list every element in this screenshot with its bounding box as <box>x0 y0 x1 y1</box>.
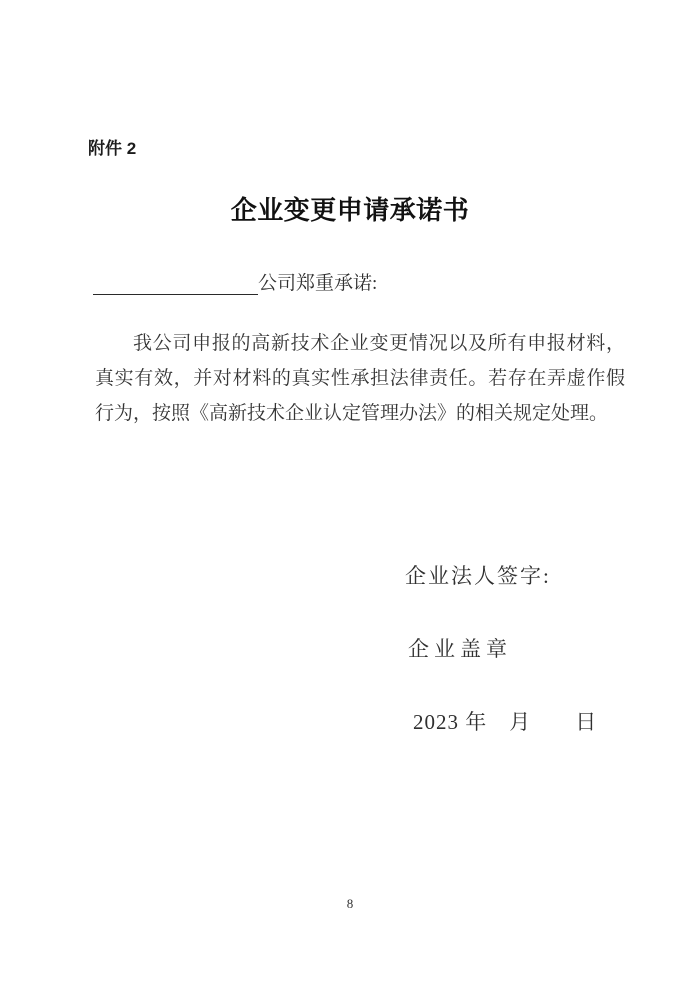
document-title: 企业变更申请承诺书 <box>0 190 700 227</box>
company-name-blank <box>93 272 258 295</box>
commitment-body-paragraph: 我公司申报的高新技术企业变更情况以及所有申报材料，真实有效，并对材料的真实性承担… <box>95 326 625 431</box>
signature-block: 企业法人签字: 企业盖章 2023 年 月 日 <box>405 560 597 736</box>
page-number: 8 <box>0 896 700 912</box>
date-line: 2023 年 月 日 <box>413 706 597 736</box>
legal-person-signature-label: 企业法人签字: <box>405 560 597 590</box>
attachment-label: 附件 2 <box>88 134 136 159</box>
document-page: 附件 2 企业变更申请承诺书 公司郑重承诺: 我公司申报的高新技术企业变更情况以… <box>0 0 700 989</box>
company-seal-label: 企业盖章 <box>408 633 597 663</box>
promise-line: 公司郑重承诺: <box>93 268 377 295</box>
promise-intro-text: 公司郑重承诺: <box>258 273 377 294</box>
